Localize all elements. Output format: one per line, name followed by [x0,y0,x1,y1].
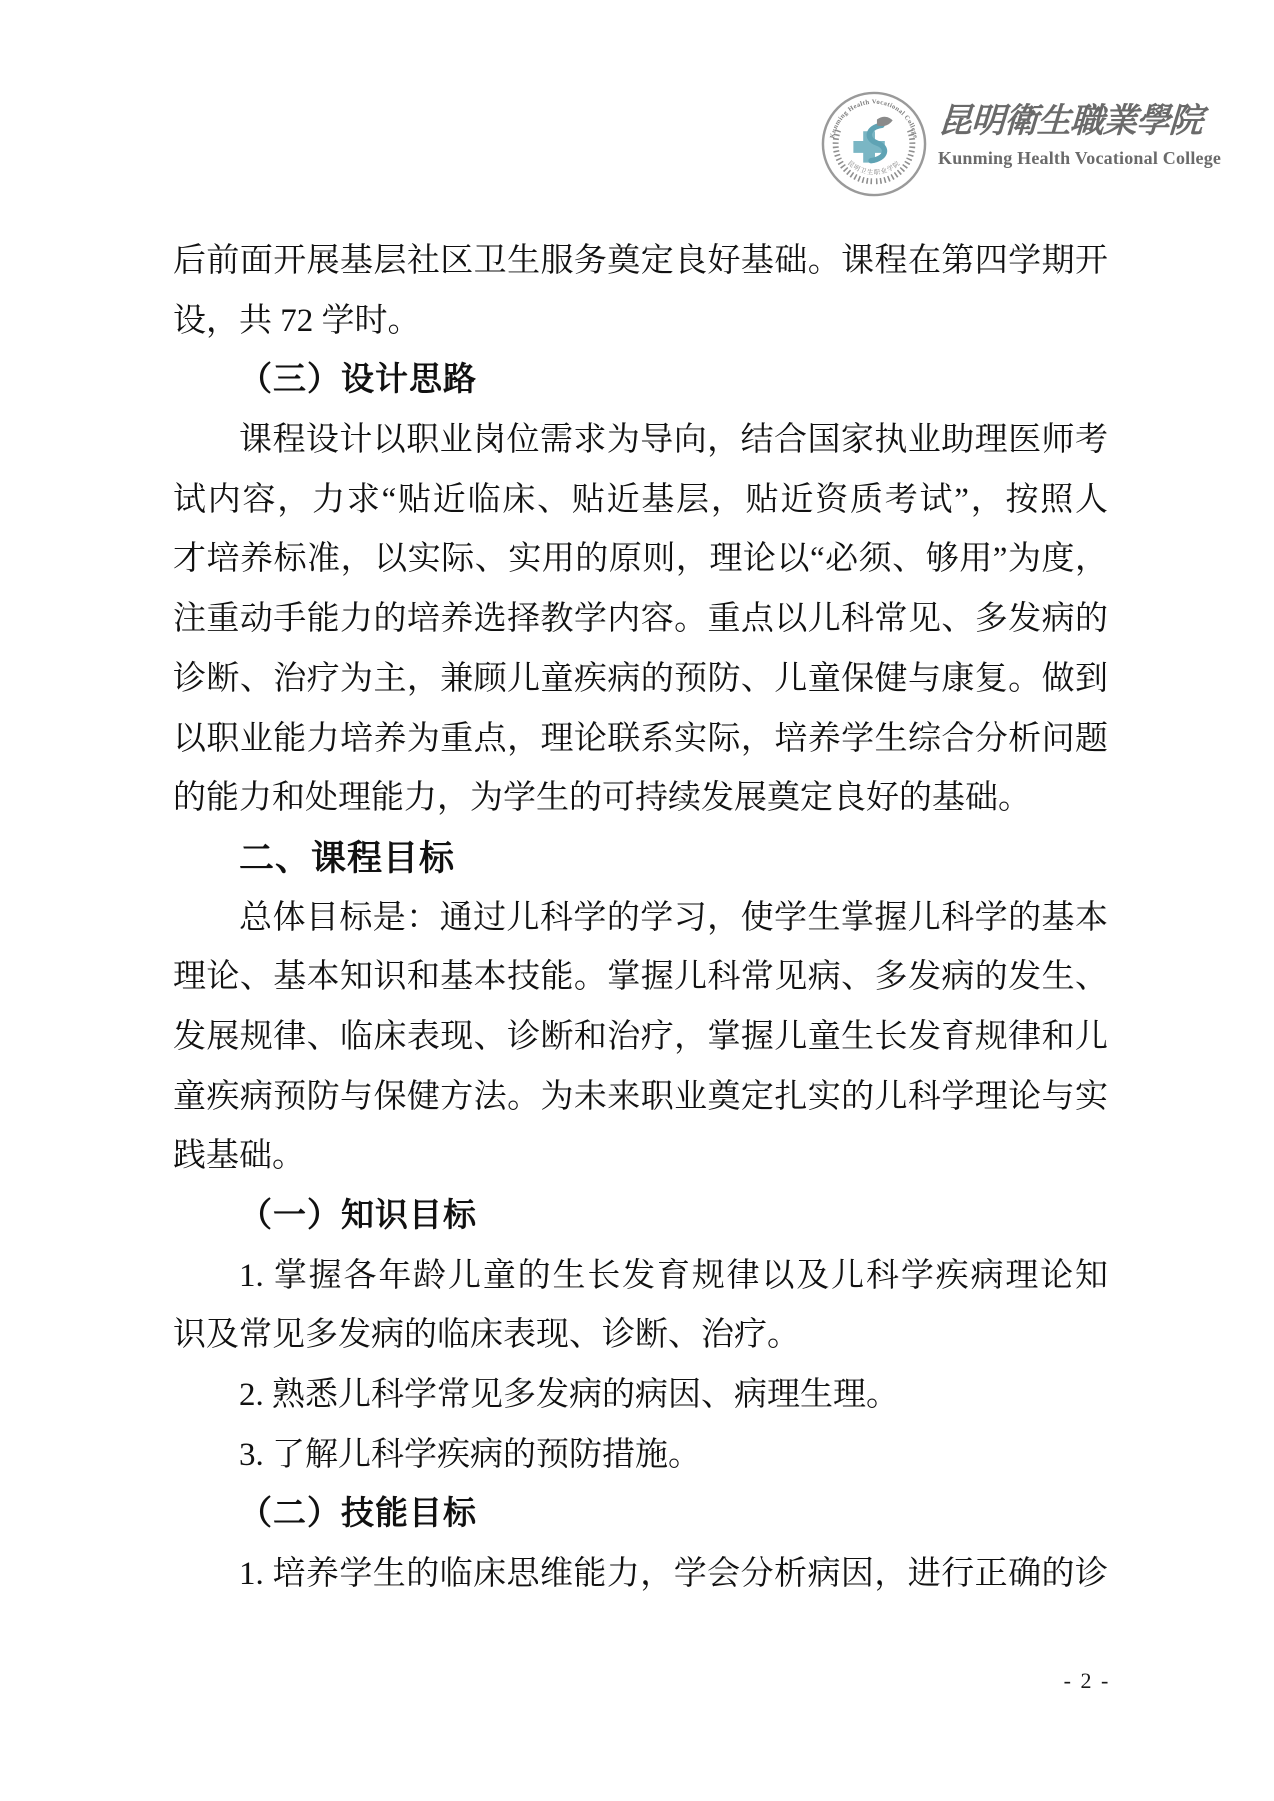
text-line: 3. 了解儿科学疾病的预防措施。 [173,1426,1108,1486]
text-line: 童疾病预防与保健方法。为未来职业奠定扎实的儿科学理论与实 [173,1068,1108,1128]
text-line: 的能力和处理能力，为学生的可持续发展奠定良好的基础。 [173,769,1108,829]
section-heading: （一）知识目标 [173,1187,1108,1247]
text-line: 诊断、治疗为主，兼顾儿童疾病的预防、儿童保健与康复。做到 [173,650,1108,710]
text-line: 以职业能力培养为重点，理论联系实际，培养学生综合分析问题 [173,710,1108,770]
document-body: 后前面开展基层社区卫生服务奠定良好基础。课程在第四学期开设，共 72 学时。（三… [173,232,1108,1605]
section-heading: （二）技能目标 [173,1485,1108,1545]
college-seal-logo: Kunming Health Vocational College 昆明卫生职业… [820,90,928,198]
text-line: 2. 熟悉儿科学常见多发病的病因、病理生理。 [173,1366,1108,1426]
text-line: 试内容，力求“贴近临床、贴近基层，贴近资质考试”，按照人 [173,471,1108,531]
document-page: Kunming Health Vocational College 昆明卫生职业… [0,0,1274,1801]
text-line: 后前面开展基层社区卫生服务奠定良好基础。课程在第四学期开 [173,232,1108,292]
page-number: - 2 - [1037,1666,1137,1696]
text-line: 才培养标准，以实际、实用的原则，理论以“必须、够用”为度， [173,530,1108,590]
text-line: 识及常见多发病的临床表现、诊断、治疗。 [173,1306,1108,1366]
text-line: 理论、基本知识和基本技能。掌握儿科常见病、多发病的发生、 [173,948,1108,1008]
text-line: 总体目标是：通过儿科学的学习，使学生掌握儿科学的基本 [173,889,1108,949]
college-name-english: Kunming Health Vocational College [938,148,1221,169]
text-line: 注重动手能力的培养选择教学内容。重点以儿科常见、多发病的 [173,590,1108,650]
text-line: 课程设计以职业岗位需求为导向，结合国家执业助理医师考 [173,411,1108,471]
college-name-calligraphy: 昆明衛生職業學院 [937,102,1222,142]
text-line: 践基础。 [173,1127,1108,1187]
text-line: 1. 培养学生的临床思维能力，学会分析病因，进行正确的诊 [173,1545,1108,1605]
section-heading: 二、课程目标 [173,829,1108,889]
text-line: 1. 掌握各年龄儿童的生长发育规律以及儿科学疾病理论知 [173,1247,1108,1307]
seal-emblem-icon: Kunming Health Vocational College 昆明卫生职业… [820,90,928,198]
text-line: 发展规律、临床表现、诊断和治疗，掌握儿童生长发育规律和儿 [173,1008,1108,1068]
section-heading: （三）设计思路 [173,351,1108,411]
letterhead-text: 昆明衛生職業學院 Kunming Health Vocational Colle… [938,102,1221,169]
text-line: 设，共 72 学时。 [173,292,1108,352]
